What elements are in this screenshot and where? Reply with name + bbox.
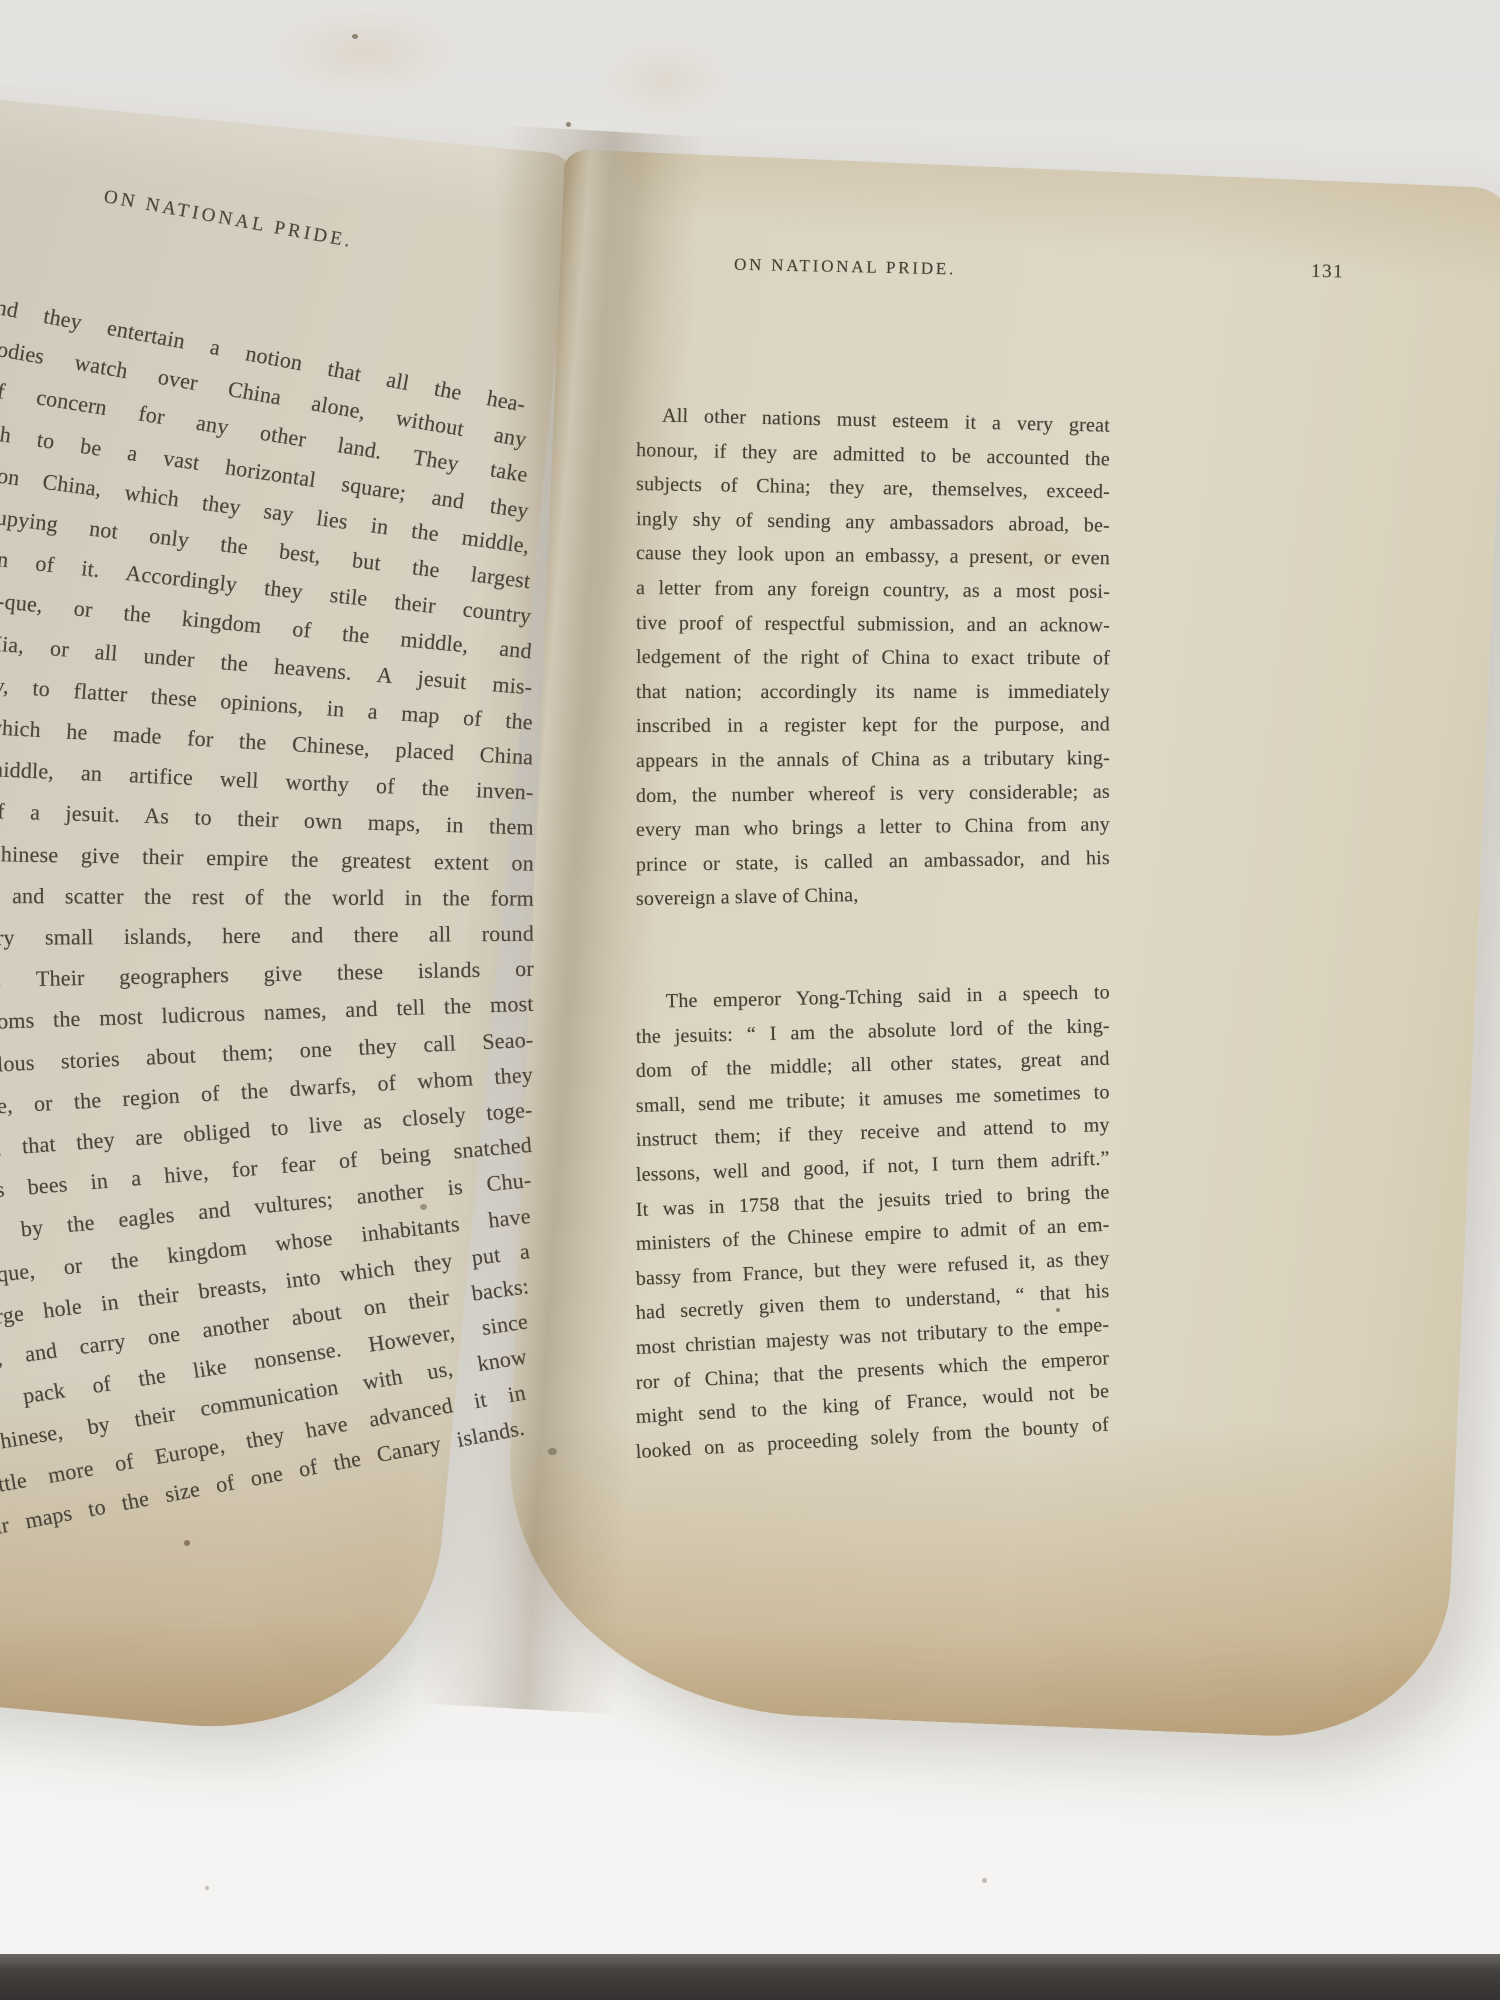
text-line: The emperor Yong-Tching said in a speech… [636,981,1111,1021]
book-photo: ON NATIONAL PRIDE. ON NATIONAL PRIDE. 13… [0,0,1500,2000]
photo-bottom-edge [0,1954,1500,2000]
right-page-paragraph-2: The emperor Yong-Tching said in a speech… [0,0,1500,2000]
